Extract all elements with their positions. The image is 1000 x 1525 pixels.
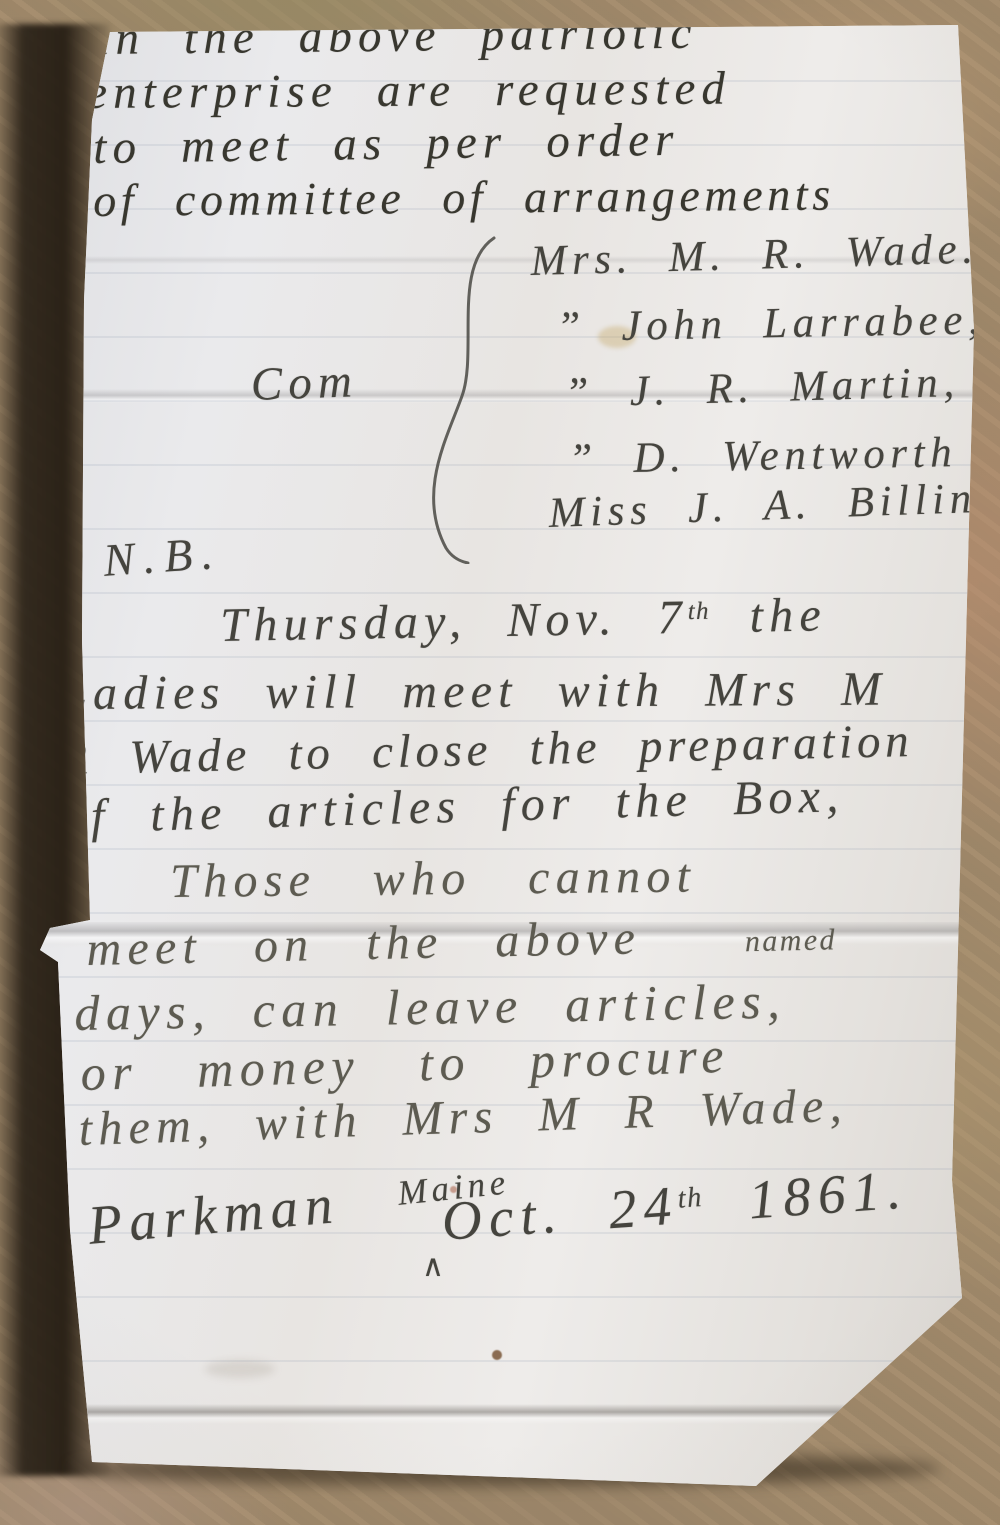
committee-brace xyxy=(398,234,518,564)
letter-line-intro-1: in the above patriotic xyxy=(96,10,698,63)
letter-line-meet: meet on the above named xyxy=(86,910,837,974)
letter-line-intro-3: to meet as per order xyxy=(93,117,680,172)
letter-line-intro-2: enterprise are requested xyxy=(86,65,731,117)
letter-line-thursday: Thursday, Nov. 7th the xyxy=(220,591,827,650)
ordinal-suffix: th xyxy=(677,1182,704,1215)
committee-member: ” John Larrabee, xyxy=(556,299,985,349)
dateline-date: Oct. 24th 1861. xyxy=(440,1161,910,1248)
photo-background: in the above patriotic enterprise are re… xyxy=(0,0,1000,1525)
letter-line-ladies: Ladies will meet with Mrs M xyxy=(60,666,887,718)
committee-member: Mrs. M. R. Wade. xyxy=(530,227,979,282)
paper-speck xyxy=(492,1350,502,1360)
letter-line-intro-4: of committee of arrangements xyxy=(93,172,835,224)
letter-line-those: Those who cannot xyxy=(170,852,696,906)
thursday-text: Thursday, Nov. 7 xyxy=(220,591,688,652)
fold-crease-lower xyxy=(0,1404,1000,1424)
paper-smudge xyxy=(205,1360,275,1378)
thursday-text-after: the xyxy=(709,588,827,643)
dateline-place: Parkman xyxy=(86,1176,342,1253)
insertion-caret: ∧ xyxy=(422,1252,448,1282)
inserted-word-named: named xyxy=(745,923,838,958)
date-text-after: 1861. xyxy=(701,1158,910,1233)
ordinal-suffix: th xyxy=(688,598,710,625)
committee-member: Miss J. A. Billings xyxy=(548,475,1000,535)
committee-member: ” D. Wentworth xyxy=(568,431,958,481)
committee-label: Com xyxy=(250,358,359,409)
letter-line-articles: of the articles for the Box, xyxy=(60,772,845,842)
committee-member: ” J. R. Martin, xyxy=(564,361,960,415)
meet-text: meet on the above xyxy=(86,911,642,976)
letter-paper: in the above patriotic enterprise are re… xyxy=(0,0,1000,1525)
nota-bene-heading: N.B. xyxy=(102,530,224,584)
